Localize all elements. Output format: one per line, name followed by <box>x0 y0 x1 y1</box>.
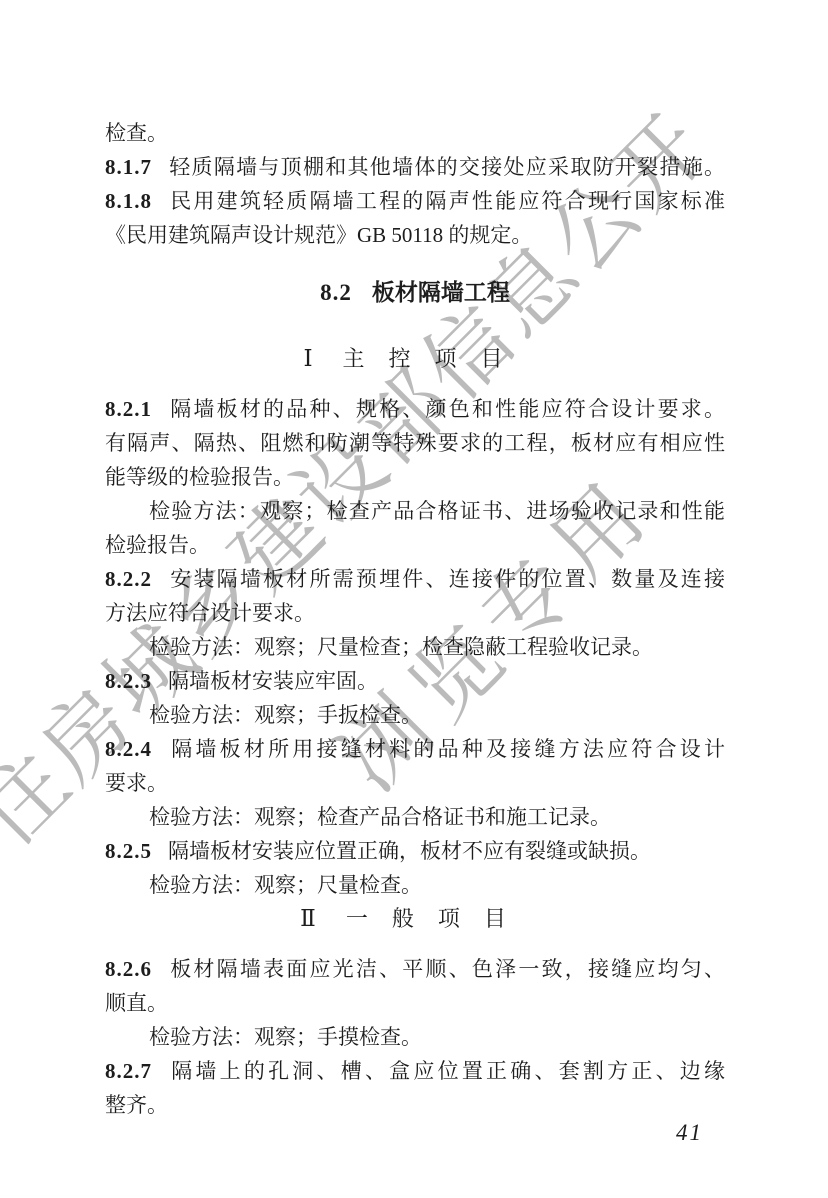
text-line: 检验方法：观察；检查产品合格证书、进场验收记录和性能 <box>105 494 725 528</box>
line-text: 检验方法：观察；检查产品合格证书和施工记录。 <box>149 805 611 829</box>
line-text: 检验方法：观察；手摸检查。 <box>149 1025 422 1049</box>
clause-line: 8.2.7隔墙上的孔洞、槽、盒应位置正确、套割方正、边缘 <box>105 1054 725 1088</box>
document-page: 住房城乡建设部信息公开 浏览专用 检查。8.1.7轻质隔墙与顶棚和其他墙体的交接… <box>0 0 828 1198</box>
heading-title: 主控项目 <box>343 346 527 371</box>
clause-number: 8.2.6 <box>105 957 152 981</box>
line-text: 板材隔墙表面应光洁、平顺、色泽一致，接缝应均匀、 <box>168 957 725 981</box>
heading-title: 一般项目 <box>346 906 530 931</box>
heading-title: 板材隔墙工程 <box>372 280 510 305</box>
clause-number: 8.2 <box>320 280 352 305</box>
text-line: 检验方法：观察；尺量检查；检查隐蔽工程验收记录。 <box>105 630 725 664</box>
text-line: 有隔声、隔热、阻燃和防潮等特殊要求的工程，板材应有相应性 <box>105 426 725 460</box>
line-text: 整齐。 <box>105 1093 168 1117</box>
text-line: 整齐。 <box>105 1088 725 1122</box>
line-text: 方法应符合设计要求。 <box>105 601 315 625</box>
line-text: 《民用建筑隔声设计规范》GB 50118 的规定。 <box>105 223 532 247</box>
clause-number: 8.2.3 <box>105 669 152 693</box>
line-text: 顺直。 <box>105 991 168 1015</box>
clause-line: 8.2.6板材隔墙表面应光洁、平顺、色泽一致，接缝应均匀、 <box>105 952 725 986</box>
line-text: 检验方法：观察；手扳检查。 <box>149 703 422 727</box>
clause-number: 8.2.1 <box>105 397 152 421</box>
line-text: 检验方法：观察；尺量检查；检查隐蔽工程验收记录。 <box>149 635 653 659</box>
clause-number: 8.1.8 <box>105 189 152 213</box>
text-line: 检验方法：观察；手摸检查。 <box>105 1020 725 1054</box>
clause-line: 8.2.1隔墙板材的品种、规格、颜色和性能应符合设计要求。 <box>105 392 725 426</box>
text-line: 能等级的检验报告。 <box>105 460 725 494</box>
text-line: 要求。 <box>105 766 725 800</box>
line-text: 能等级的检验报告。 <box>105 465 294 489</box>
text-line: 检查。 <box>105 116 725 150</box>
clause-number: 8.2.4 <box>105 737 152 761</box>
text-line: 方法应符合设计要求。 <box>105 596 725 630</box>
clause-line: 8.2.3隔墙板材安装应牢固。 <box>105 664 725 698</box>
page-content: 检查。8.1.7轻质隔墙与顶棚和其他墙体的交接处应采取防开裂措施。8.1.8民用… <box>105 116 725 1122</box>
clause-number: 8.2.5 <box>105 839 152 863</box>
line-text: 检验报告。 <box>105 533 210 557</box>
text-line: 顺直。 <box>105 986 725 1020</box>
clause-number: 8.2.7 <box>105 1059 152 1083</box>
clause-line: 8.2.2安装隔墙板材所需预埋件、连接件的位置、数量及连接 <box>105 562 725 596</box>
text-line: 检验方法：观察；手扳检查。 <box>105 698 725 732</box>
clause-number: 8.1.7 <box>105 155 152 179</box>
line-text: 检验方法：观察；尺量检查。 <box>149 873 422 897</box>
line-text: 隔墙上的孔洞、槽、盒应位置正确、套割方正、边缘 <box>168 1059 725 1083</box>
line-text: 检查。 <box>105 121 168 145</box>
page-number: 41 <box>676 1120 703 1146</box>
clause-line: 8.1.8民用建筑轻质隔墙工程的隔声性能应符合现行国家标准 <box>105 184 725 218</box>
roman-numeral: Ⅰ <box>303 346 312 371</box>
text-line: 《民用建筑隔声设计规范》GB 50118 的规定。 <box>105 218 725 252</box>
section-heading: 8.2板材隔墙工程 <box>105 276 725 310</box>
line-text: 隔墙板材的品种、规格、颜色和性能应符合设计要求。 <box>168 397 725 421</box>
clause-line: 8.2.5隔墙板材安装应位置正确，板材不应有裂缝或缺损。 <box>105 834 725 868</box>
line-text: 安装隔墙板材所需预埋件、连接件的位置、数量及连接 <box>168 567 725 591</box>
line-text: 隔墙板材安装应位置正确，板材不应有裂缝或缺损。 <box>168 839 651 863</box>
line-text: 轻质隔墙与顶棚和其他墙体的交接处应采取防开裂措施。 <box>168 155 725 179</box>
line-text: 要求。 <box>105 771 168 795</box>
text-line: 检验方法：观察；检查产品合格证书和施工记录。 <box>105 800 725 834</box>
clause-line: 8.1.7轻质隔墙与顶棚和其他墙体的交接处应采取防开裂措施。 <box>105 150 725 184</box>
line-text: 有隔声、隔热、阻燃和防潮等特殊要求的工程，板材应有相应性 <box>105 431 725 455</box>
line-text: 民用建筑轻质隔墙工程的隔声性能应符合现行国家标准 <box>168 189 725 213</box>
roman-numeral: Ⅱ <box>300 906 316 931</box>
text-line: 检验方法：观察；尺量检查。 <box>105 868 725 902</box>
subsection-heading: Ⅱ一般项目 <box>105 902 725 936</box>
subsection-heading: Ⅰ主控项目 <box>105 342 725 376</box>
text-line: 检验报告。 <box>105 528 725 562</box>
line-text: 隔墙板材所用接缝材料的品种及接缝方法应符合设计 <box>168 737 725 761</box>
line-text: 检验方法：观察；检查产品合格证书、进场验收记录和性能 <box>149 499 725 523</box>
clause-number: 8.2.2 <box>105 567 152 591</box>
line-text: 隔墙板材安装应牢固。 <box>168 669 378 693</box>
clause-line: 8.2.4隔墙板材所用接缝材料的品种及接缝方法应符合设计 <box>105 732 725 766</box>
